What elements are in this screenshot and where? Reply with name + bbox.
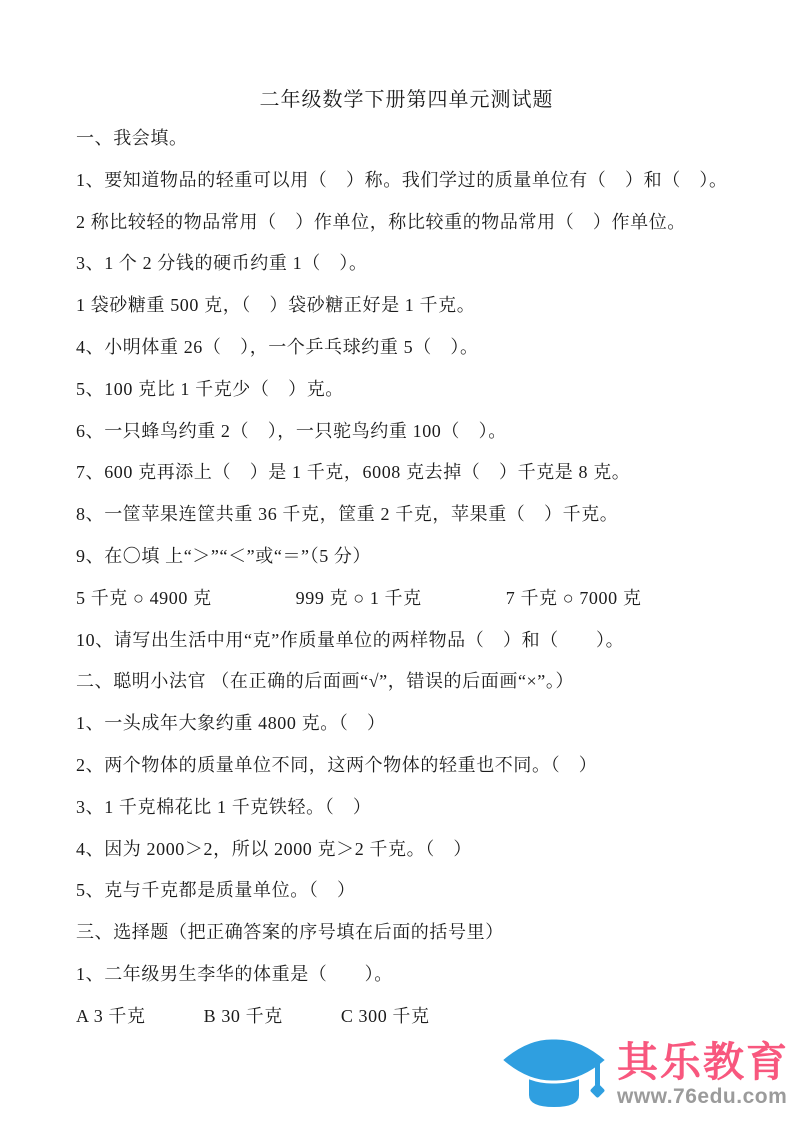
fill-question-2: 2 称比较轻的物品常用（ ）作单位，称比较重的物品常用（ ）作单位。 (76, 202, 737, 244)
brand-url: www.76edu.com (617, 1085, 789, 1108)
choice-option-a: A 3 千克 (76, 996, 146, 1038)
fill-question-1: 1、要知道物品的轻重可以用（ ）称。我们学过的质量单位有（ ）和（ ）。 (76, 160, 737, 202)
choice-options-row: A 3 千克 B 30 千克 C 300 千克 (76, 996, 737, 1038)
graduation-cap-icon (497, 1035, 611, 1116)
fill-question-5: 5、100 克比 1 千克少（ ）克。 (76, 369, 737, 411)
fill-question-3b: 1 袋砂糖重 500 克，（ ）袋砂糖正好是 1 千克。 (76, 285, 737, 327)
compare-item: 5 千克 ○ 4900 克 (76, 578, 212, 620)
judge-question-5: 5、克与千克都是质量单位。（ ） (76, 870, 737, 912)
page-title: 二年级数学下册第四单元测试题 (76, 86, 737, 114)
brand-text-block: 其乐教育 www.76edu.com (617, 1042, 789, 1108)
judge-question-3: 3、1 千克棉花比 1 千克铁轻。（ ） (76, 787, 737, 829)
worksheet-page: 二年级数学下册第四单元测试题 一、我会填。 1、要知道物品的轻重可以用（ ）称。… (0, 0, 793, 1122)
section-choice-heading: 三、选择题（把正确答案的序号填在后面的括号里） (76, 912, 737, 954)
fill-question-10: 10、请写出生活中用“克”作质量单位的两样物品（ ）和（ ）。 (76, 620, 737, 662)
choice-option-c: C 300 千克 (341, 996, 430, 1038)
fill-question-8: 8、一筐苹果连筐共重 36 千克，筐重 2 千克，苹果重（ ）千克。 (76, 494, 737, 536)
section-judge-heading: 二、聪明小法官 （在正确的后面画“√”，错误的后面画“×”。） (76, 661, 737, 703)
brand-logo: 其乐教育 www.76edu.com (497, 1035, 789, 1116)
fill-question-9: 9、在〇填 上“＞”“＜”或“＝”（5 分） (76, 536, 737, 578)
compare-item: 7 千克 ○ 7000 克 (506, 578, 642, 620)
judge-question-1: 1、一头成年大象约重 4800 克。（ ） (76, 703, 737, 745)
compare-item: 999 克 ○ 1 千克 (296, 578, 422, 620)
choice-option-b: B 30 千克 (204, 996, 283, 1038)
compare-row: 5 千克 ○ 4900 克 999 克 ○ 1 千克 7 千克 ○ 7000 克 (76, 578, 737, 620)
judge-question-2: 2、两个物体的质量单位不同，这两个物体的轻重也不同。（ ） (76, 745, 737, 787)
fill-question-7: 7、600 克再添上（ ）是 1 千克，6008 克去掉（ ）千克是 8 克。 (76, 452, 737, 494)
brand-name: 其乐教育 (617, 1042, 789, 1083)
choice-question-1: 1、二年级男生李华的体重是（ ）。 (76, 954, 737, 996)
section-fill-heading: 一、我会填。 (76, 118, 737, 160)
judge-question-4: 4、因为 2000＞2，所以 2000 克＞2 千克。（ ） (76, 829, 737, 871)
fill-question-3: 3、1 个 2 分钱的硬币约重 1（ ）。 (76, 243, 737, 285)
fill-question-6: 6、一只蜂鸟约重 2（ ），一只驼鸟约重 100（ ）。 (76, 411, 737, 453)
fill-question-4: 4、小明体重 26（ ），一个乒乓球约重 5（ ）。 (76, 327, 737, 369)
document-body: 二年级数学下册第四单元测试题 一、我会填。 1、要知道物品的轻重可以用（ ）称。… (76, 86, 737, 1038)
